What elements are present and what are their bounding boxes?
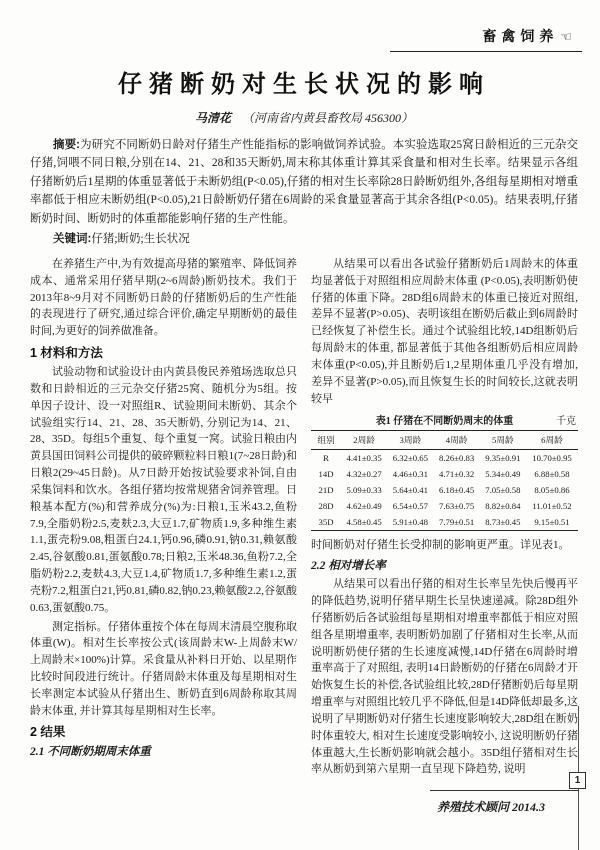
footer-rule: [430, 790, 579, 791]
cell: 6.88±0.58: [526, 466, 578, 482]
header-rule: [390, 51, 582, 52]
col-header: 6周龄: [526, 431, 578, 450]
article-body: 仔猪断奶对生长状况的影响 马清花 （河南省内黄县畜牧局 456300） 摘要:为…: [30, 58, 578, 780]
cell: 5.34±0.49: [480, 466, 526, 482]
results-paragraph-3: 从结果可以看出仔猪的相对生长率呈先快后慢再平的降低趋势,说明仔猪早期生长呈快速递…: [311, 576, 578, 778]
keywords-line: 关键词:仔猪;断奶;生长状况: [30, 230, 578, 246]
results-paragraph-1: 从结果可以看出各试验仔猪断奶后1周龄末的体重均显著低于对照组相应周龄末体重 (P…: [311, 256, 578, 407]
page-number: 1: [569, 772, 586, 789]
author-name: 马清花: [195, 111, 231, 125]
cell: 5.91±0.48: [387, 514, 433, 531]
cell: 28D: [311, 498, 341, 514]
cell: 4.71±0.32: [434, 466, 480, 482]
cell: 9.15±0.51: [526, 514, 578, 531]
cell: 21D: [311, 482, 341, 498]
hand-pointer-icon: ☜: [560, 29, 572, 44]
section-2-2-heading: 2.2 相对增长率: [311, 557, 578, 573]
cell: 6.32±0.65: [387, 450, 433, 467]
section-2-heading: 2 结果: [30, 722, 297, 740]
cell: 7.79±0.51: [434, 514, 480, 531]
article-title: 仔猪断奶对生长状况的影响: [30, 64, 578, 99]
col-header: 5周龄: [480, 431, 526, 450]
cell: 7.05±0.58: [480, 482, 526, 498]
col-header: 组别: [311, 431, 341, 450]
table-row: 35D 4.58±0.45 5.91±0.48 7.79±0.51 8.73±0…: [311, 514, 578, 531]
cell: R: [311, 450, 341, 467]
byline: 马清花 （河南省内黄县畜牧局 456300）: [30, 109, 578, 126]
cell: 4.62±0.49: [341, 498, 387, 514]
two-column-layout: 在养猪生产中,为有效提高母猪的繁殖率、降低饲养成本、通常采用仔猪早期(2~6周龄…: [30, 256, 578, 780]
cell: 11.01±0.52: [526, 498, 578, 514]
section-label-text: 畜禽饲养: [482, 28, 558, 44]
cell: 6.18±0.45: [434, 482, 480, 498]
table-caption: 表1 仔猪在不同断奶周末的体重 千克: [311, 412, 578, 427]
table-unit: 千克: [556, 412, 576, 427]
cell: 8.05±0.86: [526, 482, 578, 498]
cell: 5.09±0.33: [341, 482, 387, 498]
journal-footer: 养殖技术顾问 2014.3: [437, 798, 545, 815]
table-row: 14D 4.32±0.27 4.46±0.31 4.71±0.32 5.34±0…: [311, 466, 578, 482]
section-2-1-heading: 2.1 不同断奶期周末体重: [30, 743, 297, 759]
abstract-paragraph: 摘要:为研究不同断奶日龄对仔猪生产性能指标的影响做饲养试验。本实验选取25窝日龄…: [30, 136, 578, 228]
abstract-label: 摘要:: [53, 139, 80, 151]
header-section-label: 畜禽饲养☜: [482, 26, 572, 46]
journal-page: 畜禽饲养☜ 仔猪断奶对生长状况的影响 马清花 （河南省内黄县畜牧局 456300…: [0, 0, 600, 850]
cell: 8.26±0.83: [434, 450, 480, 467]
col-header: 3周龄: [387, 431, 433, 450]
left-column: 在养猪生产中,为有效提高母猪的繁殖率、降低饲养成本、通常采用仔猪早期(2~6周龄…: [30, 256, 297, 780]
cell: 5.64±0.41: [387, 482, 433, 498]
table-row: 21D 5.09±0.33 5.64±0.41 6.18±0.45 7.05±0…: [311, 482, 578, 498]
col-header: 4周龄: [434, 431, 480, 450]
keywords-label: 关键词:: [53, 233, 91, 245]
cell: 8.82±0.84: [480, 498, 526, 514]
cell: 10.70±0.95: [526, 450, 578, 467]
cell: 7.63±0.75: [434, 498, 480, 514]
cell: 35D: [311, 514, 341, 531]
abstract-text: 为研究不同断奶日龄对仔猪生产性能指标的影响做饲养试验。本实验选取25窝日龄相近的…: [30, 139, 578, 225]
weaning-weight-table: 组别 2周龄 3周龄 4周龄 5周龄 6周龄 R 4.41±0.35 6.32±: [311, 430, 578, 531]
keywords-text: 仔猪;断奶;生长状况: [91, 233, 189, 245]
methods-paragraph-1: 试验动物和试验设计由内黄县俊民养殖场选取总只数和日龄相近的三元杂交仔猪25窝、随…: [30, 364, 297, 616]
results-paragraph-2: 时间断奶对仔猪生长受抑制的影响更严重。详见表1。: [311, 537, 578, 554]
table-header-row: 组别 2周龄 3周龄 4周龄 5周龄 6周龄: [311, 431, 578, 450]
cell: 4.32±0.27: [341, 466, 387, 482]
cell: 9.35±0.91: [480, 450, 526, 467]
intro-paragraph: 在养猪生产中,为有效提高母猪的繁殖率、降低饲养成本、通常采用仔猪早期(2~6周龄…: [30, 256, 297, 340]
methods-paragraph-2: 测定指标。仔猪体重按个体在每周末清晨空腹称取体重(W)。相对生长率按公式(该周龄…: [30, 619, 297, 720]
cell: 6.54±0.57: [387, 498, 433, 514]
cell: 4.46±0.31: [387, 466, 433, 482]
cell: 14D: [311, 466, 341, 482]
table-row: R 4.41±0.35 6.32±0.65 8.26±0.83 9.35±0.9…: [311, 450, 578, 467]
cell: 8.73±0.45: [480, 514, 526, 531]
table-title: 表1 仔猪在不同断奶周末的体重: [376, 416, 514, 427]
col-header: 2周龄: [341, 431, 387, 450]
table-row: 28D 4.62±0.49 6.54±0.57 7.63±0.75 8.82±0…: [311, 498, 578, 514]
section-1-heading: 1 材料和方法: [30, 343, 297, 361]
cell: 4.58±0.45: [341, 514, 387, 531]
cell: 4.41±0.35: [341, 450, 387, 467]
author-affiliation: （河南省内黄县畜牧局 456300）: [242, 111, 413, 125]
right-column: 从结果可以看出各试验仔猪断奶后1周龄末的体重均显著低于对照组相应周龄末体重 (P…: [311, 256, 578, 780]
